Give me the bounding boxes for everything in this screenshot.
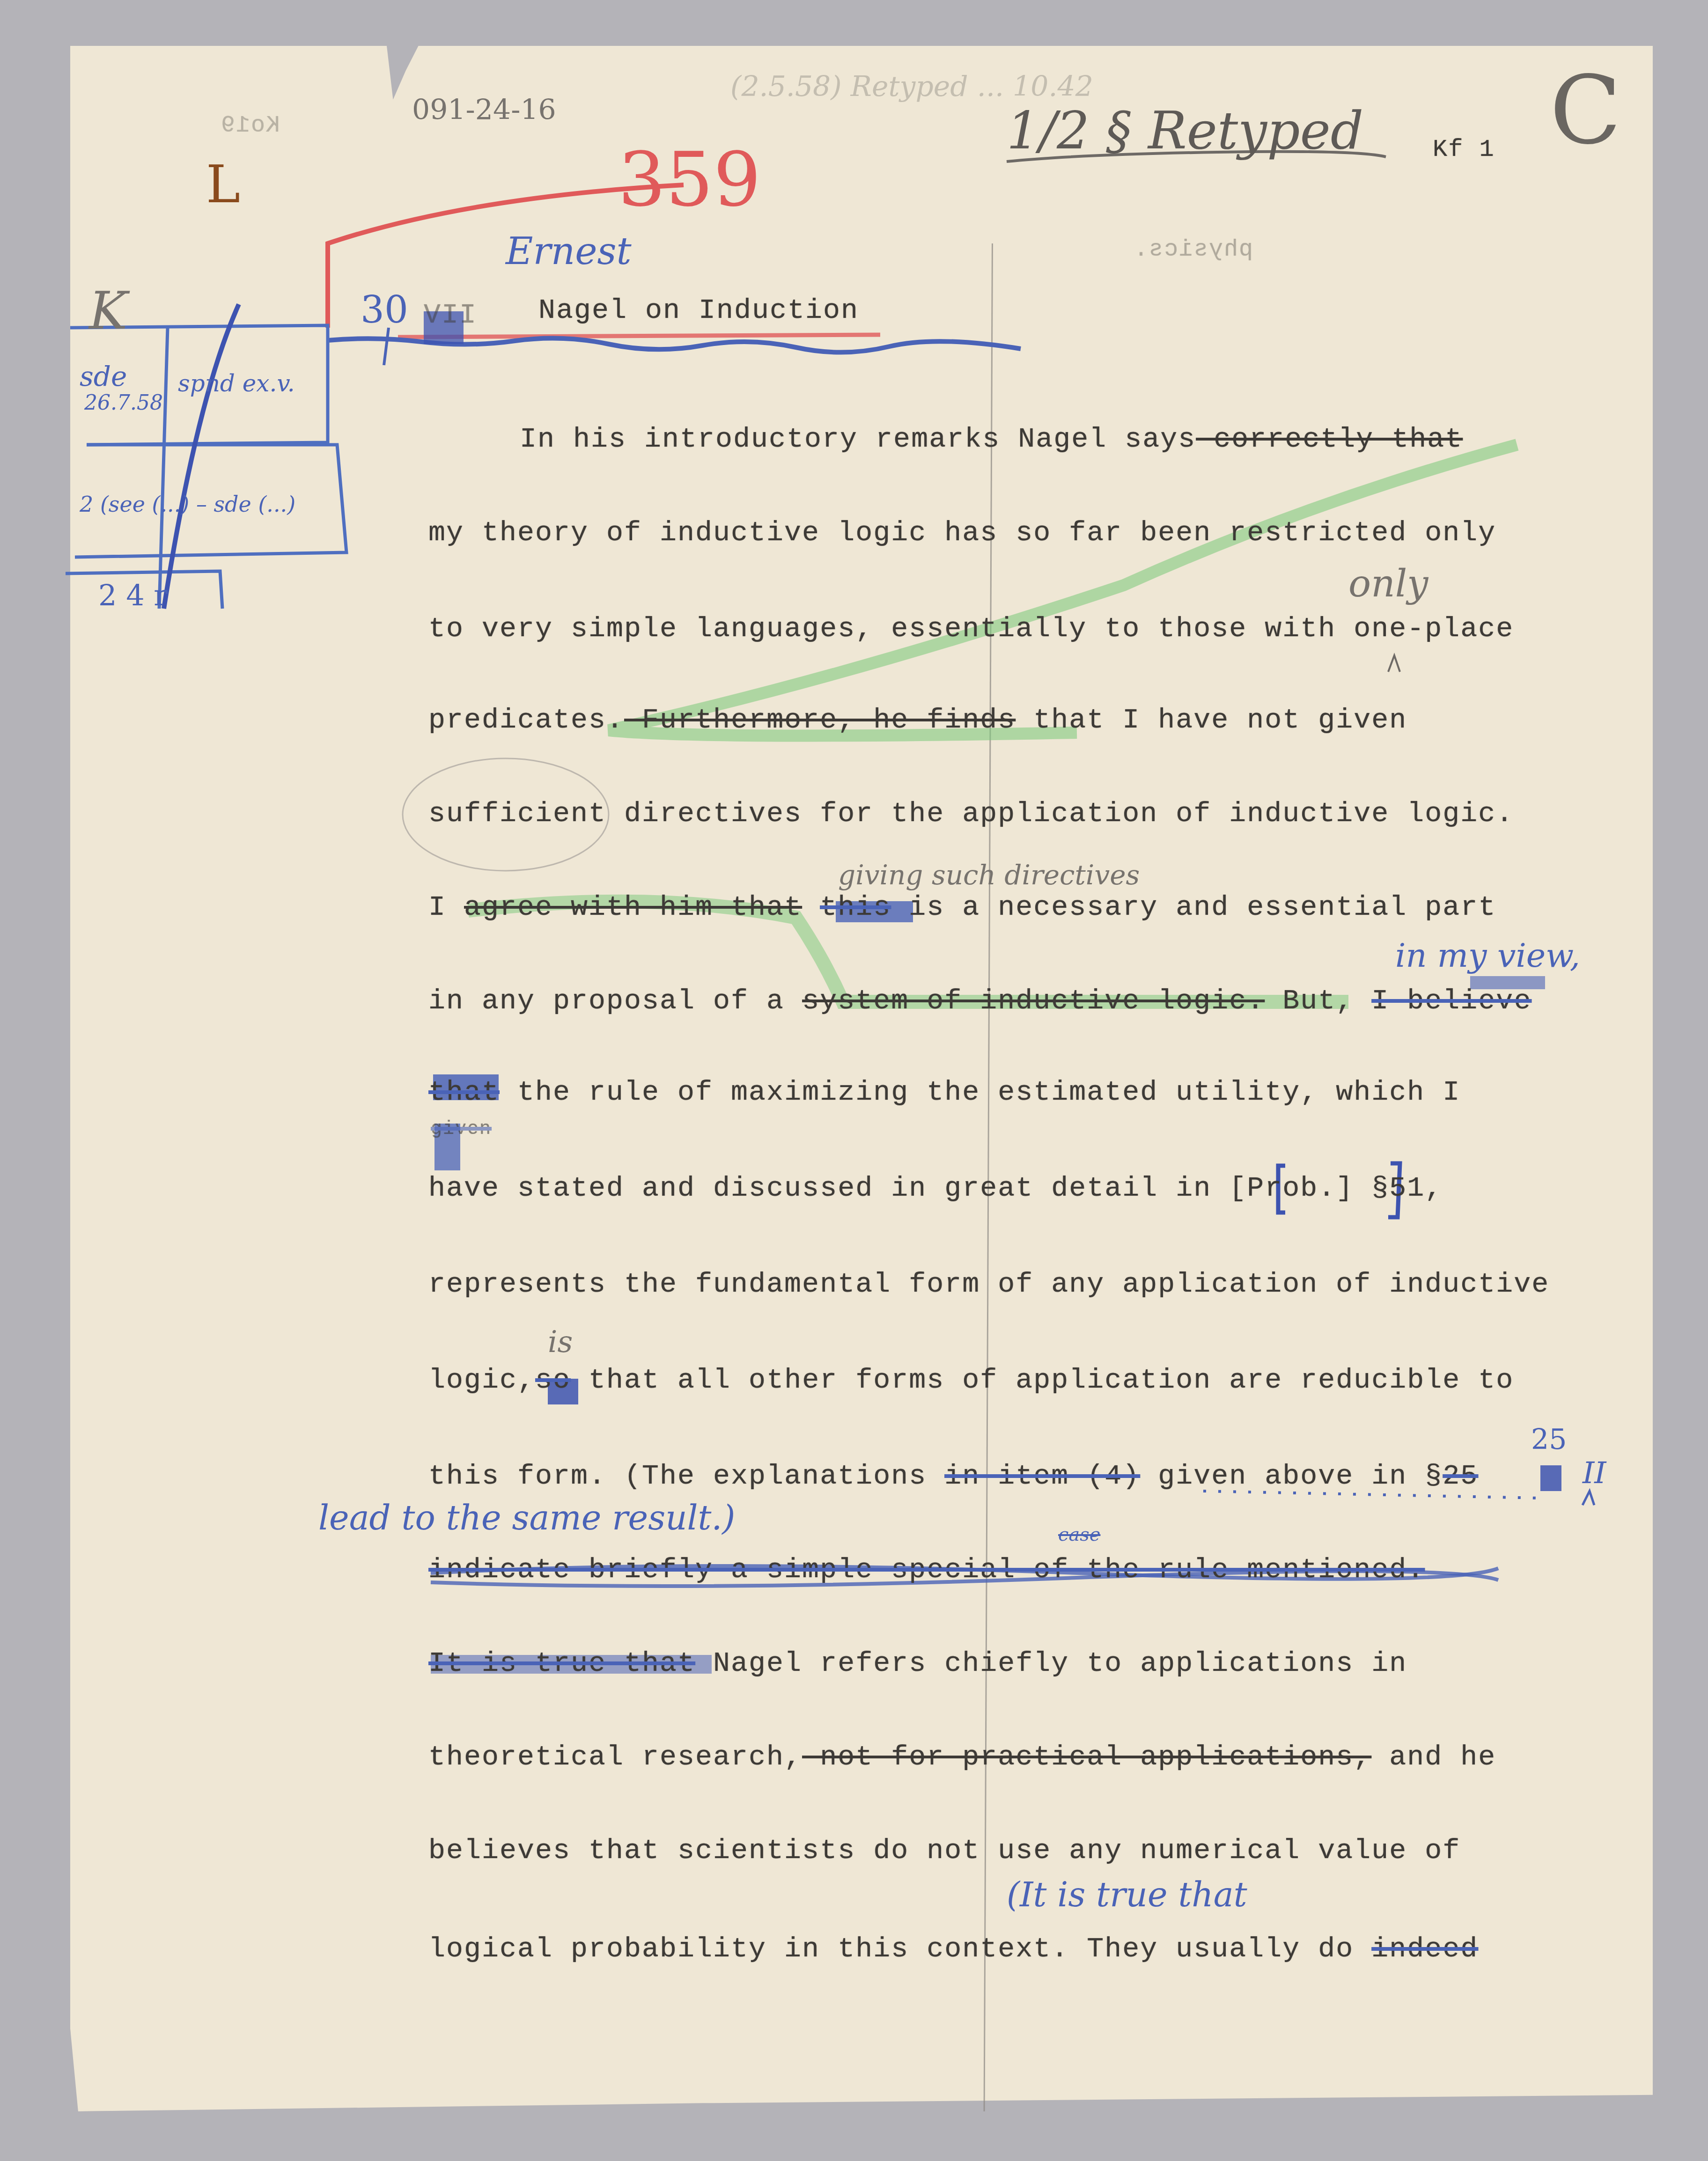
mirrored-top-left: Ko19 xyxy=(220,112,280,139)
body-line: believes that scientists do not use any … xyxy=(428,1835,1460,1867)
corner-letter: C xyxy=(1550,56,1621,165)
margin-mark-ii: II xyxy=(1583,1456,1606,1491)
inserted-first-name: Ernest xyxy=(506,229,632,273)
section-number: 30 xyxy=(361,288,408,331)
body-line: sufficient directives for the applicatio… xyxy=(428,798,1514,830)
faint-pencil-notes: (2.5.58) Retyped ... 10.42 xyxy=(730,70,1093,103)
insert-it-is-true-that: (It is true that xyxy=(1007,1875,1247,1914)
margin-box-row3: 2 4 r xyxy=(98,578,168,612)
struck-given: given xyxy=(431,1119,492,1140)
body-line: It is true that Nagel refers chiefly to … xyxy=(428,1648,1407,1680)
retyped-note: 1/2 § Retyped xyxy=(1007,101,1363,161)
body-line: that the rule of maximizing the estimate… xyxy=(428,1077,1460,1109)
body-line: predicates. Furthermore, he finds that I… xyxy=(428,705,1407,736)
body-line: to very simple languages, essentially to… xyxy=(428,613,1514,645)
mirrored-typed-text: physics. xyxy=(1133,236,1253,263)
margin-box-row2: 2 (see (...) – sde (...) xyxy=(80,492,295,517)
body-line: my theory of inductive logic has so far … xyxy=(428,517,1496,549)
insert-is: is xyxy=(548,1325,573,1360)
body-line: logical probability in this context. The… xyxy=(428,1933,1478,1965)
insert-in-my-view: in my view, xyxy=(1395,936,1580,975)
insert-giving-such-directives: giving such directives xyxy=(838,859,1140,891)
struck-numeral: VII xyxy=(424,300,477,331)
brown-mark: L xyxy=(206,154,240,214)
body-line: I agree with him that this is a necessar… xyxy=(428,892,1496,924)
typed-folio: Kf 1 xyxy=(1433,136,1495,163)
handwritten-lead-to-same-result: lead to the same result.) xyxy=(318,1498,735,1537)
margin-box-row1-left: sde xyxy=(80,360,127,392)
pencil-letter-k: K xyxy=(89,281,127,341)
body-line: this form. (The explanations in item (4)… xyxy=(428,1461,1478,1492)
insert-only: only xyxy=(1348,562,1428,605)
section-title: Nagel on Induction xyxy=(538,295,859,327)
body-line: represents the fundamental form of any a… xyxy=(428,1269,1549,1301)
body-line: have stated and discussed in great detai… xyxy=(428,1173,1443,1205)
margin-box-row1-date: 26.7.58 xyxy=(84,391,163,415)
red-page-number: 359 xyxy=(618,136,761,223)
body-line: in any proposal of a system of inductive… xyxy=(428,985,1531,1017)
body-line: logic,so that all other forms of applica… xyxy=(428,1365,1514,1397)
archive-number: 091-24-16 xyxy=(412,94,556,126)
insert-25: 25 xyxy=(1531,1423,1567,1456)
body-line: In his introductory remarks Nagel says c… xyxy=(520,424,1463,456)
body-line: theoretical research, not for practical … xyxy=(428,1742,1496,1773)
struck-insert-case: case xyxy=(1058,1524,1100,1545)
body-line: indicate briefly a simple special of the… xyxy=(428,1554,1425,1586)
margin-box-row1-right: spnd ex.v. xyxy=(178,370,295,397)
